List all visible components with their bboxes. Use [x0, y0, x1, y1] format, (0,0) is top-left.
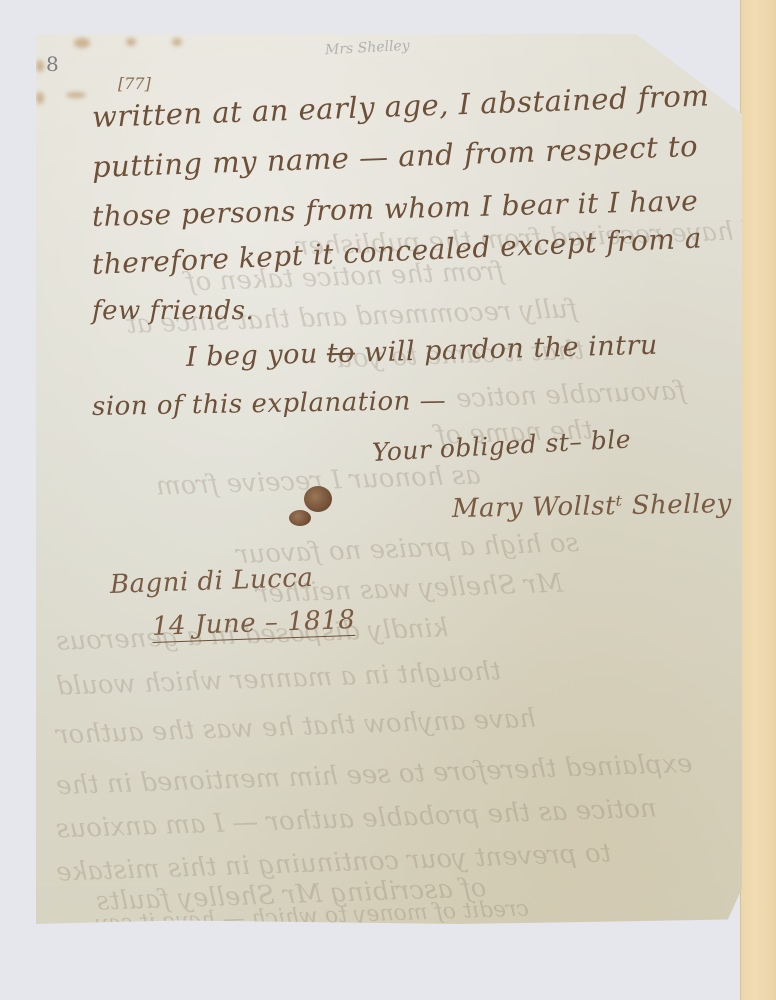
foxing-stain — [172, 38, 182, 46]
folio-number: 8 — [46, 52, 60, 76]
text-segment: I beg you — [186, 339, 319, 373]
foxing-stain — [66, 92, 86, 98]
archival-mount-board — [740, 0, 776, 1000]
letter-paragraph-2-line-2: sion of this explanation — — [92, 386, 447, 422]
letter-line-5: few friends. — [92, 296, 254, 326]
bleed-through-line: notice as the probable author — I am anx… — [56, 794, 657, 845]
bleed-through-line: thought in a manner which would — [56, 656, 502, 702]
foxing-stain — [74, 38, 90, 48]
foxing-stain — [126, 38, 136, 46]
struck-word: to — [326, 338, 355, 370]
bracket-page-number: [77] — [118, 74, 151, 93]
ink-blot — [289, 510, 311, 526]
ink-blot — [304, 486, 332, 512]
scan-viewer: I have received from the publisher from … — [0, 0, 776, 1000]
foxing-stain — [36, 60, 44, 72]
bleed-through-line: have anyhow that he was the author — [56, 704, 537, 751]
foxing-stain — [36, 92, 44, 104]
bleed-through-line: explained therefore to see him mentioned… — [56, 749, 693, 801]
date-line: 14 June – 1818 — [151, 605, 355, 642]
signature: Mary Wollstᵗ Shelley — [452, 489, 732, 524]
bleed-through-line: favourable notice — [456, 376, 687, 414]
